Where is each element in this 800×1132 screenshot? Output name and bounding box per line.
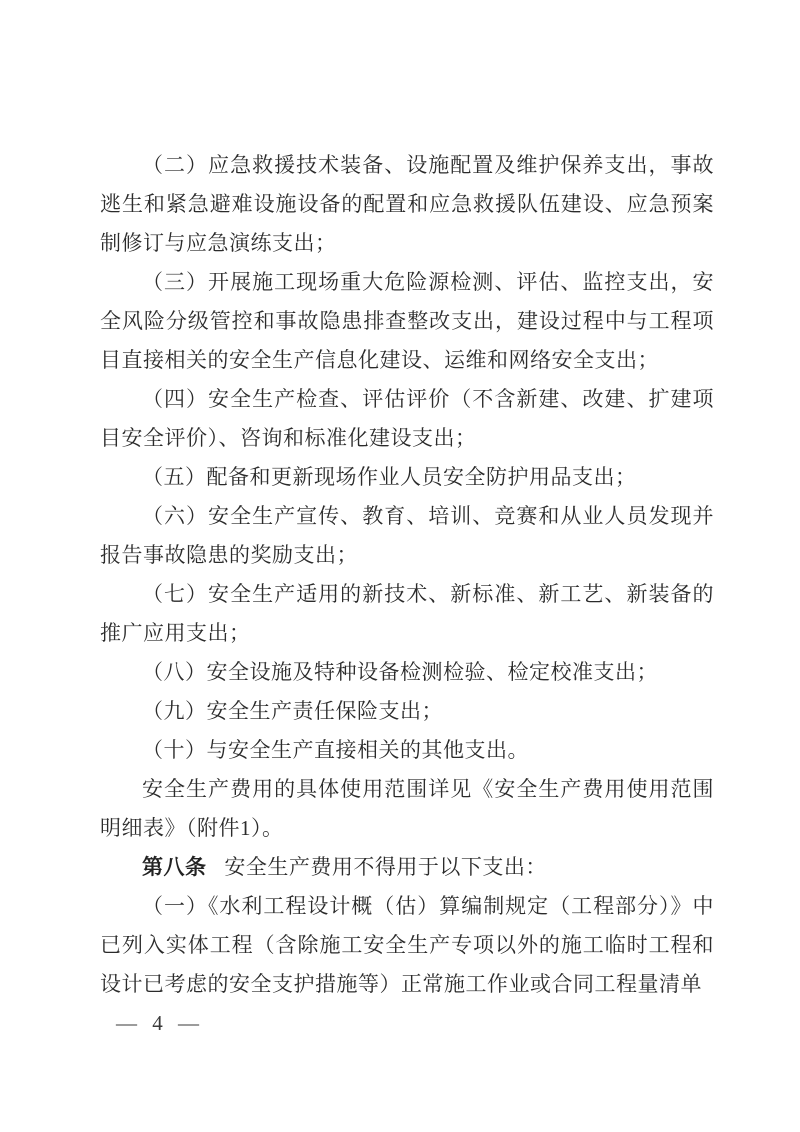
paragraph-item-5: （五）配备和更新现场作业人员安全防护用品支出； xyxy=(100,458,714,497)
document-body: （二）应急救援技术装备、设施配置及维护保养支出，事故逃生和紧急避难设施设备的配置… xyxy=(100,146,714,1004)
paragraph-item-9: （九）安全生产责任保险支出； xyxy=(100,692,714,731)
paragraph-usage-scope-note: 安全生产费用的具体使用范围详见《安全生产费用使用范围明细表》（附件1）。 xyxy=(100,770,714,848)
article-8-text: 安全生产费用不得用于以下支出： xyxy=(224,855,547,879)
document-page: （二）应急救援技术装备、设施配置及维护保养支出，事故逃生和紧急避难设施设备的配置… xyxy=(0,0,800,1132)
article-8-number: 第八条 xyxy=(142,856,207,879)
page-number: — 4 — xyxy=(116,1011,204,1036)
paragraph-item-10: （十）与安全生产直接相关的其他支出。 xyxy=(100,731,714,770)
paragraph-item-7: （七）安全生产适用的新技术、新标准、新工艺、新装备的推广应用支出； xyxy=(100,575,714,653)
paragraph-article-8: 第八条安全生产费用不得用于以下支出： xyxy=(100,848,714,887)
paragraph-item-3: （三）开展施工现场重大危险源检测、评估、监控支出，安全风险分级管控和事故隐患排查… xyxy=(100,263,714,380)
paragraph-item-8: （八）安全设施及特种设备检测检验、检定校准支出； xyxy=(100,653,714,692)
paragraph-item-6: （六）安全生产宣传、教育、培训、竞赛和从业人员发现并报告事故隐患的奖励支出； xyxy=(100,497,714,575)
paragraph-item-1-article8: （一）《水利工程设计概（估）算编制规定（工程部分）》中已列入实体工程（含除施工安… xyxy=(100,887,714,1004)
paragraph-item-2: （二）应急救援技术装备、设施配置及维护保养支出，事故逃生和紧急避难设施设备的配置… xyxy=(100,146,714,263)
paragraph-item-4: （四）安全生产检查、评估评价（不含新建、改建、扩建项目安全评价）、咨询和标准化建… xyxy=(100,380,714,458)
